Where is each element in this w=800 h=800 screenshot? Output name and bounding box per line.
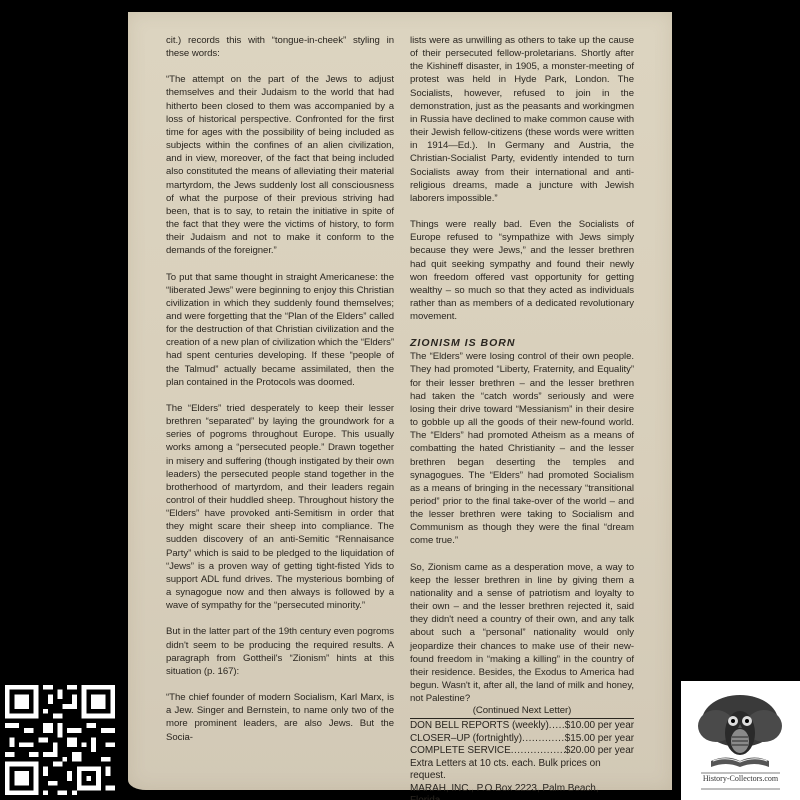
leader-dots [522, 733, 565, 746]
paragraph: The “Elders” were losing control of thei… [410, 350, 634, 547]
price-row: DON BELL REPORTS (weekly) $10.00 per yea… [410, 720, 634, 733]
price-label: COMPLETE SERVICE [410, 745, 511, 758]
paragraph: But in the latter part of the 19th centu… [166, 625, 394, 678]
paragraph: To put that same thought in straight Ame… [166, 271, 394, 389]
paragraph: The “Elders” tried desperately to keep t… [166, 402, 394, 613]
paragraph: Things were really bad. Even the Sociali… [410, 218, 634, 323]
paragraph: cit.) records this with “tongue-in-cheek… [166, 34, 394, 60]
leader-dots [549, 720, 565, 733]
price-row: COMPLETE SERVICE $20.00 per year [410, 745, 634, 758]
section-heading: ZIONISM IS BORN [410, 336, 634, 350]
price-label: CLOSER–UP (fortnightly) [410, 733, 522, 746]
logo-caption: History-Collectors.com [681, 774, 800, 783]
price-label: DON BELL REPORTS (weekly) [410, 720, 549, 733]
publisher-address: MARAH, INC., P.O.Box 2223, Palm Beach, F… [410, 783, 634, 800]
divider [410, 718, 634, 719]
owl-on-book-icon [681, 681, 800, 776]
price-value: $10.00 per year [565, 720, 634, 733]
leader-dots [511, 745, 565, 758]
extra-letters-note: Extra Letters at 10 cts. each. Bulk pric… [410, 758, 634, 783]
paragraph: So, Zionism came as a desperation move, … [410, 561, 634, 706]
document-page: cit.) records this with “tongue-in-cheek… [128, 12, 672, 790]
paragraph: lists were as unwilling as others to tak… [410, 34, 634, 205]
quote-paragraph: “The attempt on the part of the Jews to … [166, 73, 394, 257]
left-column: cit.) records this with “tongue-in-cheek… [166, 34, 394, 744]
qr-code-icon[interactable] [0, 680, 120, 800]
price-row: CLOSER–UP (fortnightly) $15.00 per year [410, 733, 634, 746]
continued-note: (Continued Next Letter) [410, 705, 634, 717]
history-collectors-logo[interactable]: History-Collectors.com [681, 681, 800, 800]
price-value: $15.00 per year [565, 733, 634, 746]
right-column: lists were as unwilling as others to tak… [410, 34, 634, 800]
divider [681, 786, 800, 792]
quote-paragraph: “The chief founder of modern Socialism, … [166, 691, 394, 744]
subscription-box: DON BELL REPORTS (weekly) $10.00 per yea… [410, 720, 634, 800]
price-value: $20.00 per year [565, 745, 634, 758]
